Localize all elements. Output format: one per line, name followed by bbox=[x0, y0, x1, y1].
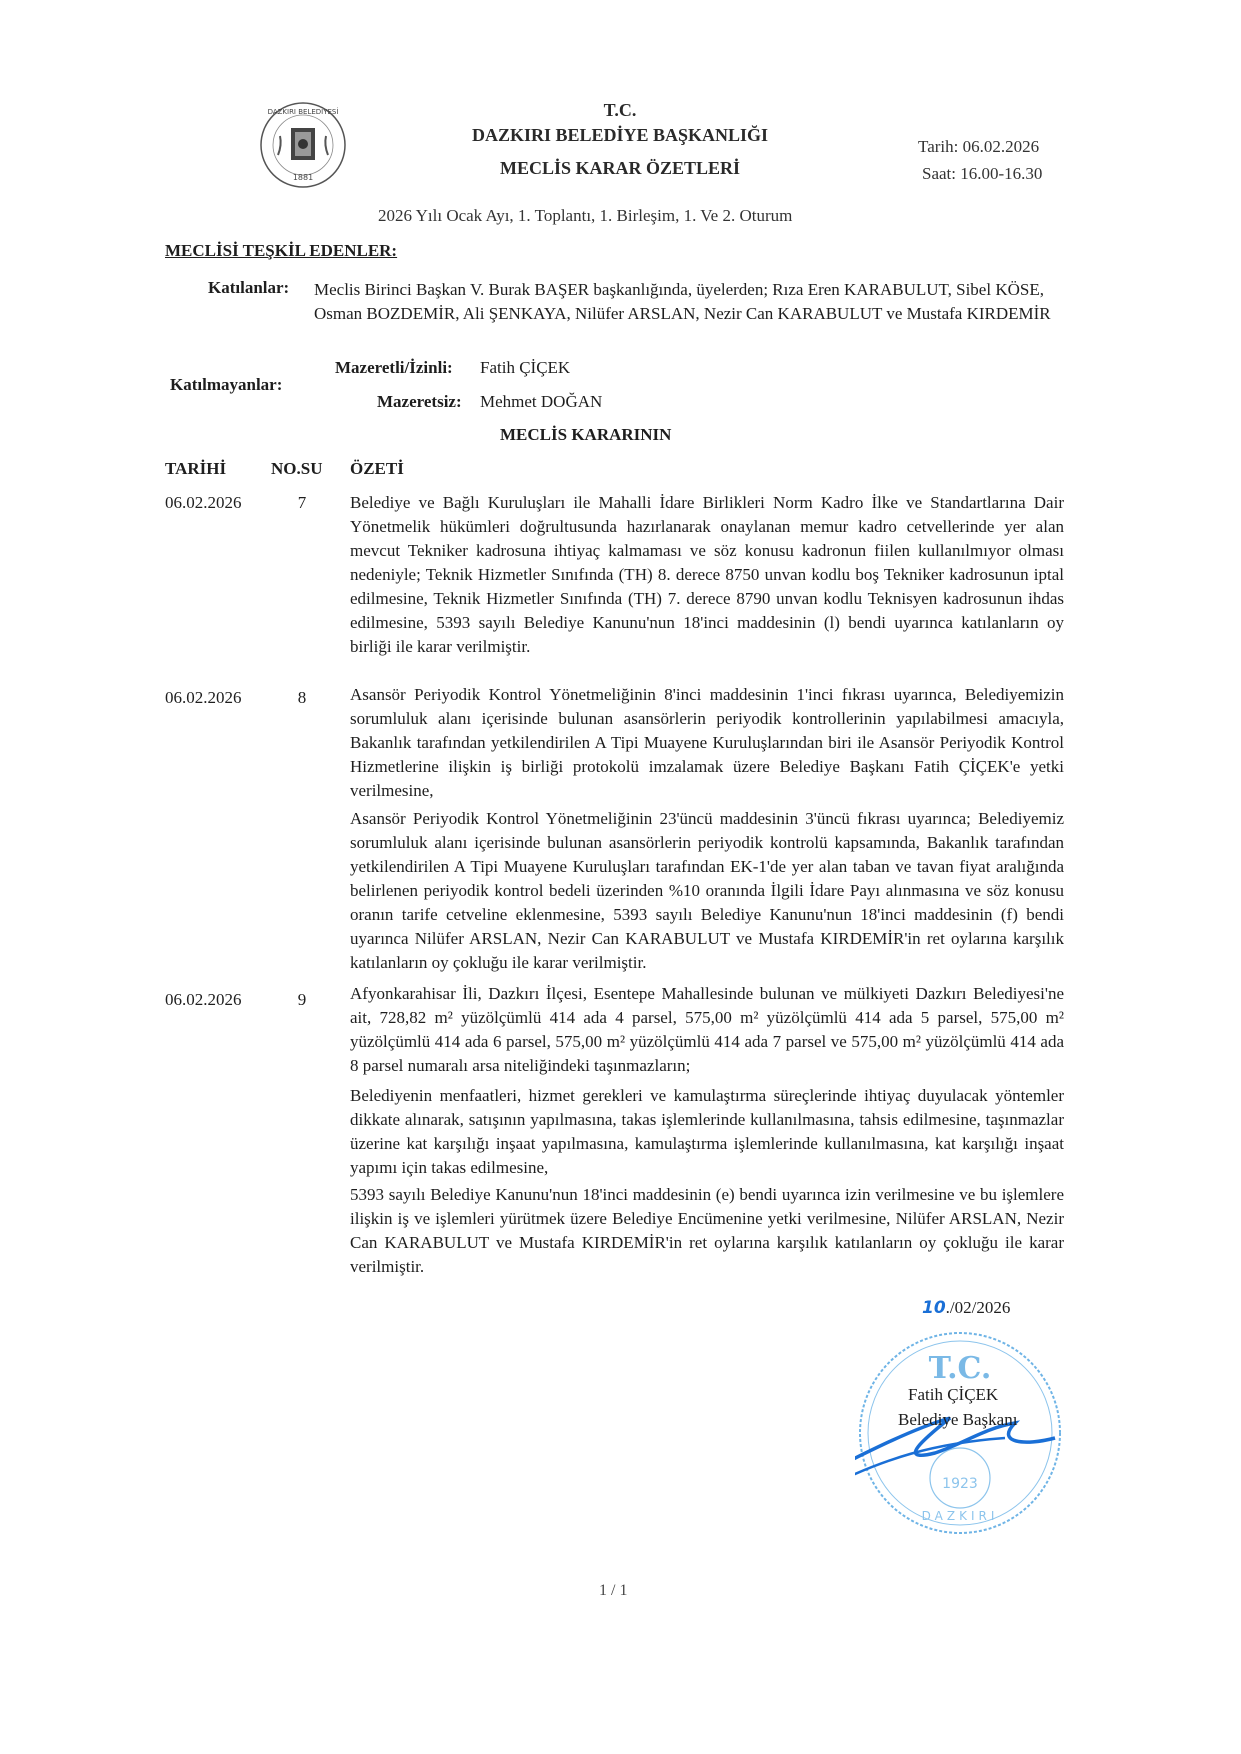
column-summary: ÖZETİ bbox=[350, 459, 404, 479]
header-tc: T.C. bbox=[350, 100, 890, 121]
signer-name: Fatih ÇİÇEK bbox=[908, 1385, 998, 1405]
meeting-time: Saat: 16.00-16.30 bbox=[922, 164, 1042, 184]
printed-date: ./02/2026 bbox=[946, 1298, 1011, 1317]
column-no: NO.SU bbox=[271, 459, 322, 479]
date-value: 06.02.2026 bbox=[963, 137, 1040, 156]
svg-text:1923: 1923 bbox=[942, 1476, 978, 1492]
document-title: MECLİS KARAR ÖZETLERİ bbox=[350, 158, 890, 179]
session-info: 2026 Yılı Ocak Ayı, 1. Toplantı, 1. Birl… bbox=[378, 206, 792, 226]
official-stamp-icon: T.C. 1923 DAZKIRI bbox=[855, 1328, 1065, 1538]
svg-text:DAZKIRI: DAZKIRI bbox=[922, 1509, 999, 1523]
time-label: Saat: bbox=[922, 164, 956, 183]
excused-names: Fatih ÇİÇEK bbox=[480, 358, 570, 378]
signer-title: Belediye Başkanı bbox=[898, 1410, 1017, 1430]
council-section-title: MECLİSİ TEŞKİL EDENLER: bbox=[165, 241, 397, 261]
decision-date: 06.02.2026 bbox=[165, 990, 242, 1010]
organization-name: DAZKIRI BELEDİYE BAŞKANLIĞI bbox=[350, 125, 890, 146]
attendees-list: Meclis Birinci Başkan V. Burak BAŞER baş… bbox=[314, 278, 1074, 326]
decision-number: 8 bbox=[292, 688, 312, 708]
page-number: 1 / 1 bbox=[599, 1582, 627, 1600]
decisions-heading: MECLİS KARARININ bbox=[500, 425, 671, 445]
municipality-seal-icon: 1881 DAZKIRI BELEDİYESİ bbox=[258, 100, 348, 190]
meeting-date: Tarih: 06.02.2026 bbox=[918, 137, 1039, 157]
decision-summary: Belediye ve Bağlı Kuruluşları ile Mahall… bbox=[350, 491, 1064, 659]
svg-text:1881: 1881 bbox=[293, 173, 313, 182]
decision-summary: 5393 sayılı Belediye Kanunu'nun 18'inci … bbox=[350, 1183, 1064, 1279]
date-label: Tarih: bbox=[918, 137, 958, 156]
decision-summary: Afyonkarahisar İli, Dazkırı İlçesi, Esen… bbox=[350, 982, 1064, 1078]
unexcused-label: Mazeretsiz: bbox=[377, 392, 462, 412]
svg-text:T.C.: T.C. bbox=[929, 1351, 992, 1386]
time-value: 16.00-16.30 bbox=[960, 164, 1042, 183]
decision-summary: Belediyenin menfaatleri, hizmet gerekler… bbox=[350, 1084, 1064, 1180]
excused-label: Mazeretli/İzinli: bbox=[335, 358, 453, 378]
attendees-label: Katılanlar: bbox=[208, 278, 289, 298]
decision-date: 06.02.2026 bbox=[165, 688, 242, 708]
decision-date: 06.02.2026 bbox=[165, 493, 242, 513]
unexcused-names: Mehmet DOĞAN bbox=[480, 392, 602, 412]
column-date: TARİHİ bbox=[165, 459, 226, 479]
signature-date: 10./02/2026 bbox=[922, 1298, 1010, 1318]
decision-number: 7 bbox=[292, 493, 312, 513]
decision-summary: Asansör Periyodik Kontrol Yönetmeliğinin… bbox=[350, 807, 1064, 975]
svg-text:DAZKIRI BELEDİYESİ: DAZKIRI BELEDİYESİ bbox=[268, 107, 339, 116]
decision-summary: Asansör Periyodik Kontrol Yönetmeliğinin… bbox=[350, 683, 1064, 803]
decision-number: 9 bbox=[292, 990, 312, 1010]
absent-label: Katılmayanlar: bbox=[170, 375, 282, 395]
handwritten-day: 10 bbox=[922, 1298, 946, 1318]
